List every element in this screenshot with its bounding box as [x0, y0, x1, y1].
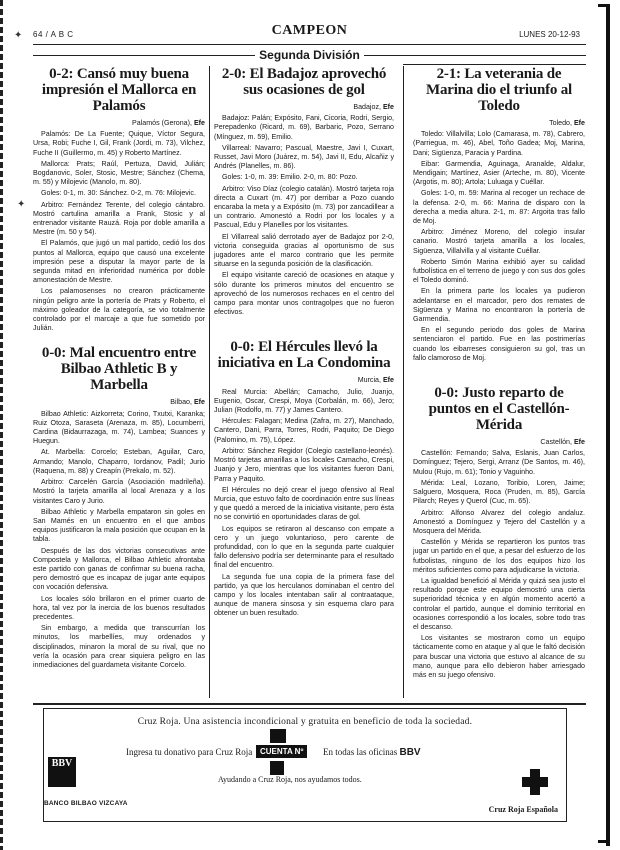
referee: Arbitro: Sánchez Regidor (Colegio castel… — [214, 447, 394, 484]
ad-help-text: Ayudando a Cruz Roja, nos ayudamos todos… — [218, 775, 362, 784]
page-edge-bar-top — [598, 4, 610, 7]
ad-top-rule — [33, 703, 586, 705]
article-headline: 2-0: El Badajoz aprovechó sus ocasiones … — [214, 66, 394, 98]
lineup-away: At. Marbella: Corcelo; Esteban, Aguilar,… — [33, 448, 205, 476]
bank-name: BANCO BILBAO VIZCAYA — [44, 800, 128, 807]
article-headline: 0-0: Mal encuentro entre Bilbao Athletic… — [33, 345, 205, 393]
page-edge-bar — [606, 4, 610, 846]
body-paragraph: La igualdad benefició al Mérida y quizá … — [413, 577, 585, 632]
page-header: 64 / A B C CAMPEON LUNES 20-12-93 — [33, 22, 586, 45]
body-paragraph: Los equipos se retiraron al descanso con… — [214, 525, 394, 571]
lineup-away: Hércules: Falagan; Medina (Zafra, m. 27)… — [214, 417, 394, 445]
dateline: Badajoz, Efe — [214, 103, 394, 112]
body-paragraph: La segunda fue una copia de la primera f… — [214, 573, 394, 619]
body-paragraph: Los locales sólo brillaron en el primer … — [33, 595, 205, 623]
body-paragraph: En la primera parte los locales ya pudie… — [413, 287, 585, 324]
goals: Goles: 0-1, m. 30: Sánchez. 0-2, m. 76: … — [33, 189, 205, 198]
account-badge: CUENTA Nº — [256, 745, 307, 758]
body-paragraph: Sin embargo, a medida que transcurrían l… — [33, 624, 205, 670]
referee: Arbitro: Jiménez Moreno, del colegio ins… — [413, 228, 585, 256]
body-paragraph: Castellón y Mérida se repartieron los pu… — [413, 538, 585, 575]
section-bar: Segunda División — [33, 48, 586, 62]
referee: Arbitro: Alfonso Alvarez del colegio and… — [413, 509, 585, 537]
article-headline: 0-0: Justo reparto de puntos en el Caste… — [413, 385, 585, 433]
body-paragraph: El Palamós, que jugó un mal partido, ced… — [33, 239, 205, 285]
lineup-away: Mérida: Leal, Lozano, Toribio, Loren, Ja… — [413, 479, 585, 507]
column-left: 0-2: Cansó muy buena impresión el Mallor… — [33, 64, 205, 682]
dateline: Toledo, Efe — [413, 119, 585, 128]
column-divider — [209, 66, 210, 698]
column-right: 2-1: La veterania de Marina dio el triun… — [413, 64, 585, 692]
article-headline: 0-2: Cansó muy buena impresión el Mallor… — [33, 66, 205, 114]
lineup-away: Mallorca: Prats; Raúl, Pertuza, David, J… — [33, 160, 205, 188]
cruz-roja-advertisement: Cruz Roja. Una asistencia incondicional … — [43, 708, 567, 822]
article: 0-2: Cansó muy buena impresión el Mallor… — [33, 66, 205, 333]
column-center: 2-0: El Badajoz aprovechó sus ocasiones … — [214, 64, 394, 631]
article: 0-0: El Hércules llevó la iniciativa en … — [214, 339, 394, 618]
article-headline: 0-0: El Hércules llevó la iniciativa en … — [214, 339, 394, 371]
referee: Arbitro: Carcelén García (Asociación mad… — [33, 478, 205, 506]
ad-offices-text: En todas las oficinas BBV — [323, 747, 421, 758]
article-headline: 2-1: La veterania de Marina dio el triun… — [413, 66, 585, 114]
article: 2-0: El Badajoz aprovechó sus ocasiones … — [214, 66, 394, 317]
dateline: Bilbao, Efe — [33, 398, 205, 407]
charity-name: Cruz Roja Española — [489, 805, 558, 814]
page-edge-bar-bottom — [598, 840, 610, 843]
lineup-home: Badajoz: Palán; Expósito, Fani, Cicoria,… — [214, 114, 394, 142]
body-paragraph: Después de las dos victorias consecutiva… — [33, 547, 205, 593]
body-paragraph: Bilbao Athletic y Marbella empataron sin… — [33, 508, 205, 545]
body-paragraph: Roberto Simón Marina exhibió ayer su cal… — [413, 258, 585, 286]
subsection-title: Segunda División — [33, 48, 586, 62]
section-title: CAMPEON — [33, 23, 586, 39]
lineup-away: Villarreal: Navarro; Pascual, Maestre, J… — [214, 144, 394, 172]
body-paragraph: El Hércules no dejó crear el juego ofens… — [214, 486, 394, 523]
registration-mark-icon: ✦ — [17, 199, 25, 210]
dateline: Castellón, Efe — [413, 438, 585, 447]
body-paragraph: Los visitantes se mostraron como un equi… — [413, 634, 585, 680]
article: 0-0: Mal encuentro entre Bilbao Athletic… — [33, 345, 205, 670]
registration-mark-icon: ✦ — [14, 30, 22, 41]
lineup-home: Toledo: Villalvilla; Lolo (Camarasa, m. … — [413, 130, 585, 158]
dateline: Palamós (Gerona), Efe — [33, 119, 205, 128]
body-paragraph: Los palamosenses no crearon prácticament… — [33, 287, 205, 333]
page-edge-marks — [0, 0, 3, 850]
lineup-home: Palamós: De La Fuente; Quique, Víctor Se… — [33, 130, 205, 158]
lineup-home: Bilbao Athletic: Aizkorreta; Corino, Txu… — [33, 410, 205, 447]
red-cross-icon — [522, 769, 548, 795]
goals: Goles: 1-0, m. 59: Marina al recoger un … — [413, 189, 585, 226]
goals: Goles: 1-0, m. 39: Emilio. 2-0, m. 80: P… — [214, 173, 394, 182]
account-logo-icon — [270, 761, 284, 775]
body-paragraph: El Villarreal salió derrotado ayer de Ba… — [214, 233, 394, 270]
body-paragraph: En el segundo periodo dos goles de Marin… — [413, 326, 585, 363]
lineup-away: Eibar: Garmendia, Aguinaga, Aranalde, Al… — [413, 160, 585, 188]
column-divider — [403, 66, 404, 698]
referee: Arbitro: Viso Díaz (colegio catalán). Mo… — [214, 185, 394, 231]
dateline: Murcia, Efe — [214, 376, 394, 385]
ad-headline: Cruz Roja. Una asistencia incondicional … — [44, 717, 566, 727]
body-paragraph: El equipo visitante careció de ocasiones… — [214, 271, 394, 317]
lineup-home: Real Murcia: Abellán; Camacho, Julio, Ju… — [214, 388, 394, 416]
lineup-home: Castellón: Fernando; Salva, Eslanis, Jua… — [413, 449, 585, 477]
article: 0-0: Justo reparto de puntos en el Caste… — [413, 385, 585, 680]
issue-date: LUNES 20-12-93 — [519, 30, 580, 39]
article: 2-1: La veterania de Marina dio el triun… — [413, 66, 585, 363]
ad-donate-text: Ingresa tu donativo para Cruz Roja — [126, 747, 252, 757]
account-logo-icon — [270, 729, 286, 743]
bbv-logo-icon: BBV — [48, 757, 76, 787]
referee: Arbitro: Fernández Terente, del colegio … — [33, 201, 205, 238]
